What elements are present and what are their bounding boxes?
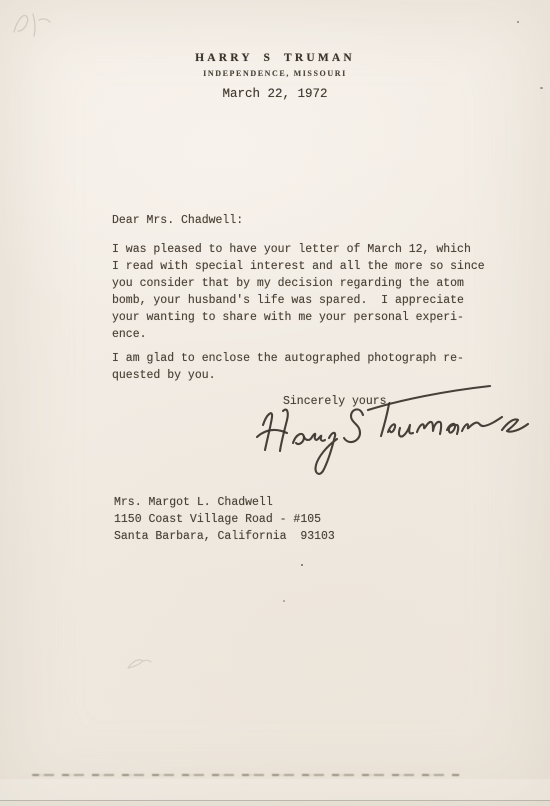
paper-speck — [301, 564, 303, 566]
letter-scan: HARRY S TRUMAN INDEPENDENCE, MISSOURI Ma… — [0, 0, 550, 806]
letterhead: HARRY S TRUMAN INDEPENDENCE, MISSOURI Ma… — [0, 52, 550, 101]
salutation: Dear Mrs. Chadwell: — [112, 212, 243, 229]
letterhead-name: HARRY S TRUMAN — [0, 52, 550, 64]
body-line: your wanting to share with me your perso… — [112, 309, 485, 326]
pencil-squiggle — [126, 654, 152, 672]
letterhead-location: INDEPENDENCE, MISSOURI — [0, 69, 550, 78]
salutation-text: Dear Mrs. Chadwell: — [112, 212, 243, 229]
paper-speck — [540, 87, 543, 89]
paragraph-1: I was pleased to have your letter of Mar… — [112, 241, 485, 343]
body-line: I am glad to enclose the autographed pho… — [112, 350, 464, 367]
recipient-street: 1150 Coast Village Road - #105 — [114, 511, 335, 528]
pencil-mark-top-left — [8, 6, 56, 42]
paper-edge-line — [0, 800, 550, 801]
signature-harry-s-truman — [250, 380, 540, 480]
body-line: I read with special interest and all the… — [112, 258, 485, 275]
paper-fold-highlight — [0, 779, 550, 800]
paragraph-2: I am glad to enclose the autographed pho… — [112, 350, 464, 384]
body-line: you consider that by my decision regardi… — [112, 275, 485, 292]
recipient-name: Mrs. Margot L. Chadwell — [114, 494, 335, 511]
paper-speck — [283, 600, 285, 602]
letter-date: March 22, 1972 — [0, 87, 550, 101]
recipient-city: Santa Barbara, California 93103 — [114, 528, 335, 545]
body-line: bomb, your husband's life was spared. I … — [112, 292, 485, 309]
recipient-address: Mrs. Margot L. Chadwell 1150 Coast Villa… — [114, 494, 335, 545]
body-line: I was pleased to have your letter of Mar… — [112, 241, 485, 258]
paper-speck — [517, 21, 519, 23]
body-line: ence. — [112, 326, 485, 343]
crease-line — [32, 774, 460, 776]
